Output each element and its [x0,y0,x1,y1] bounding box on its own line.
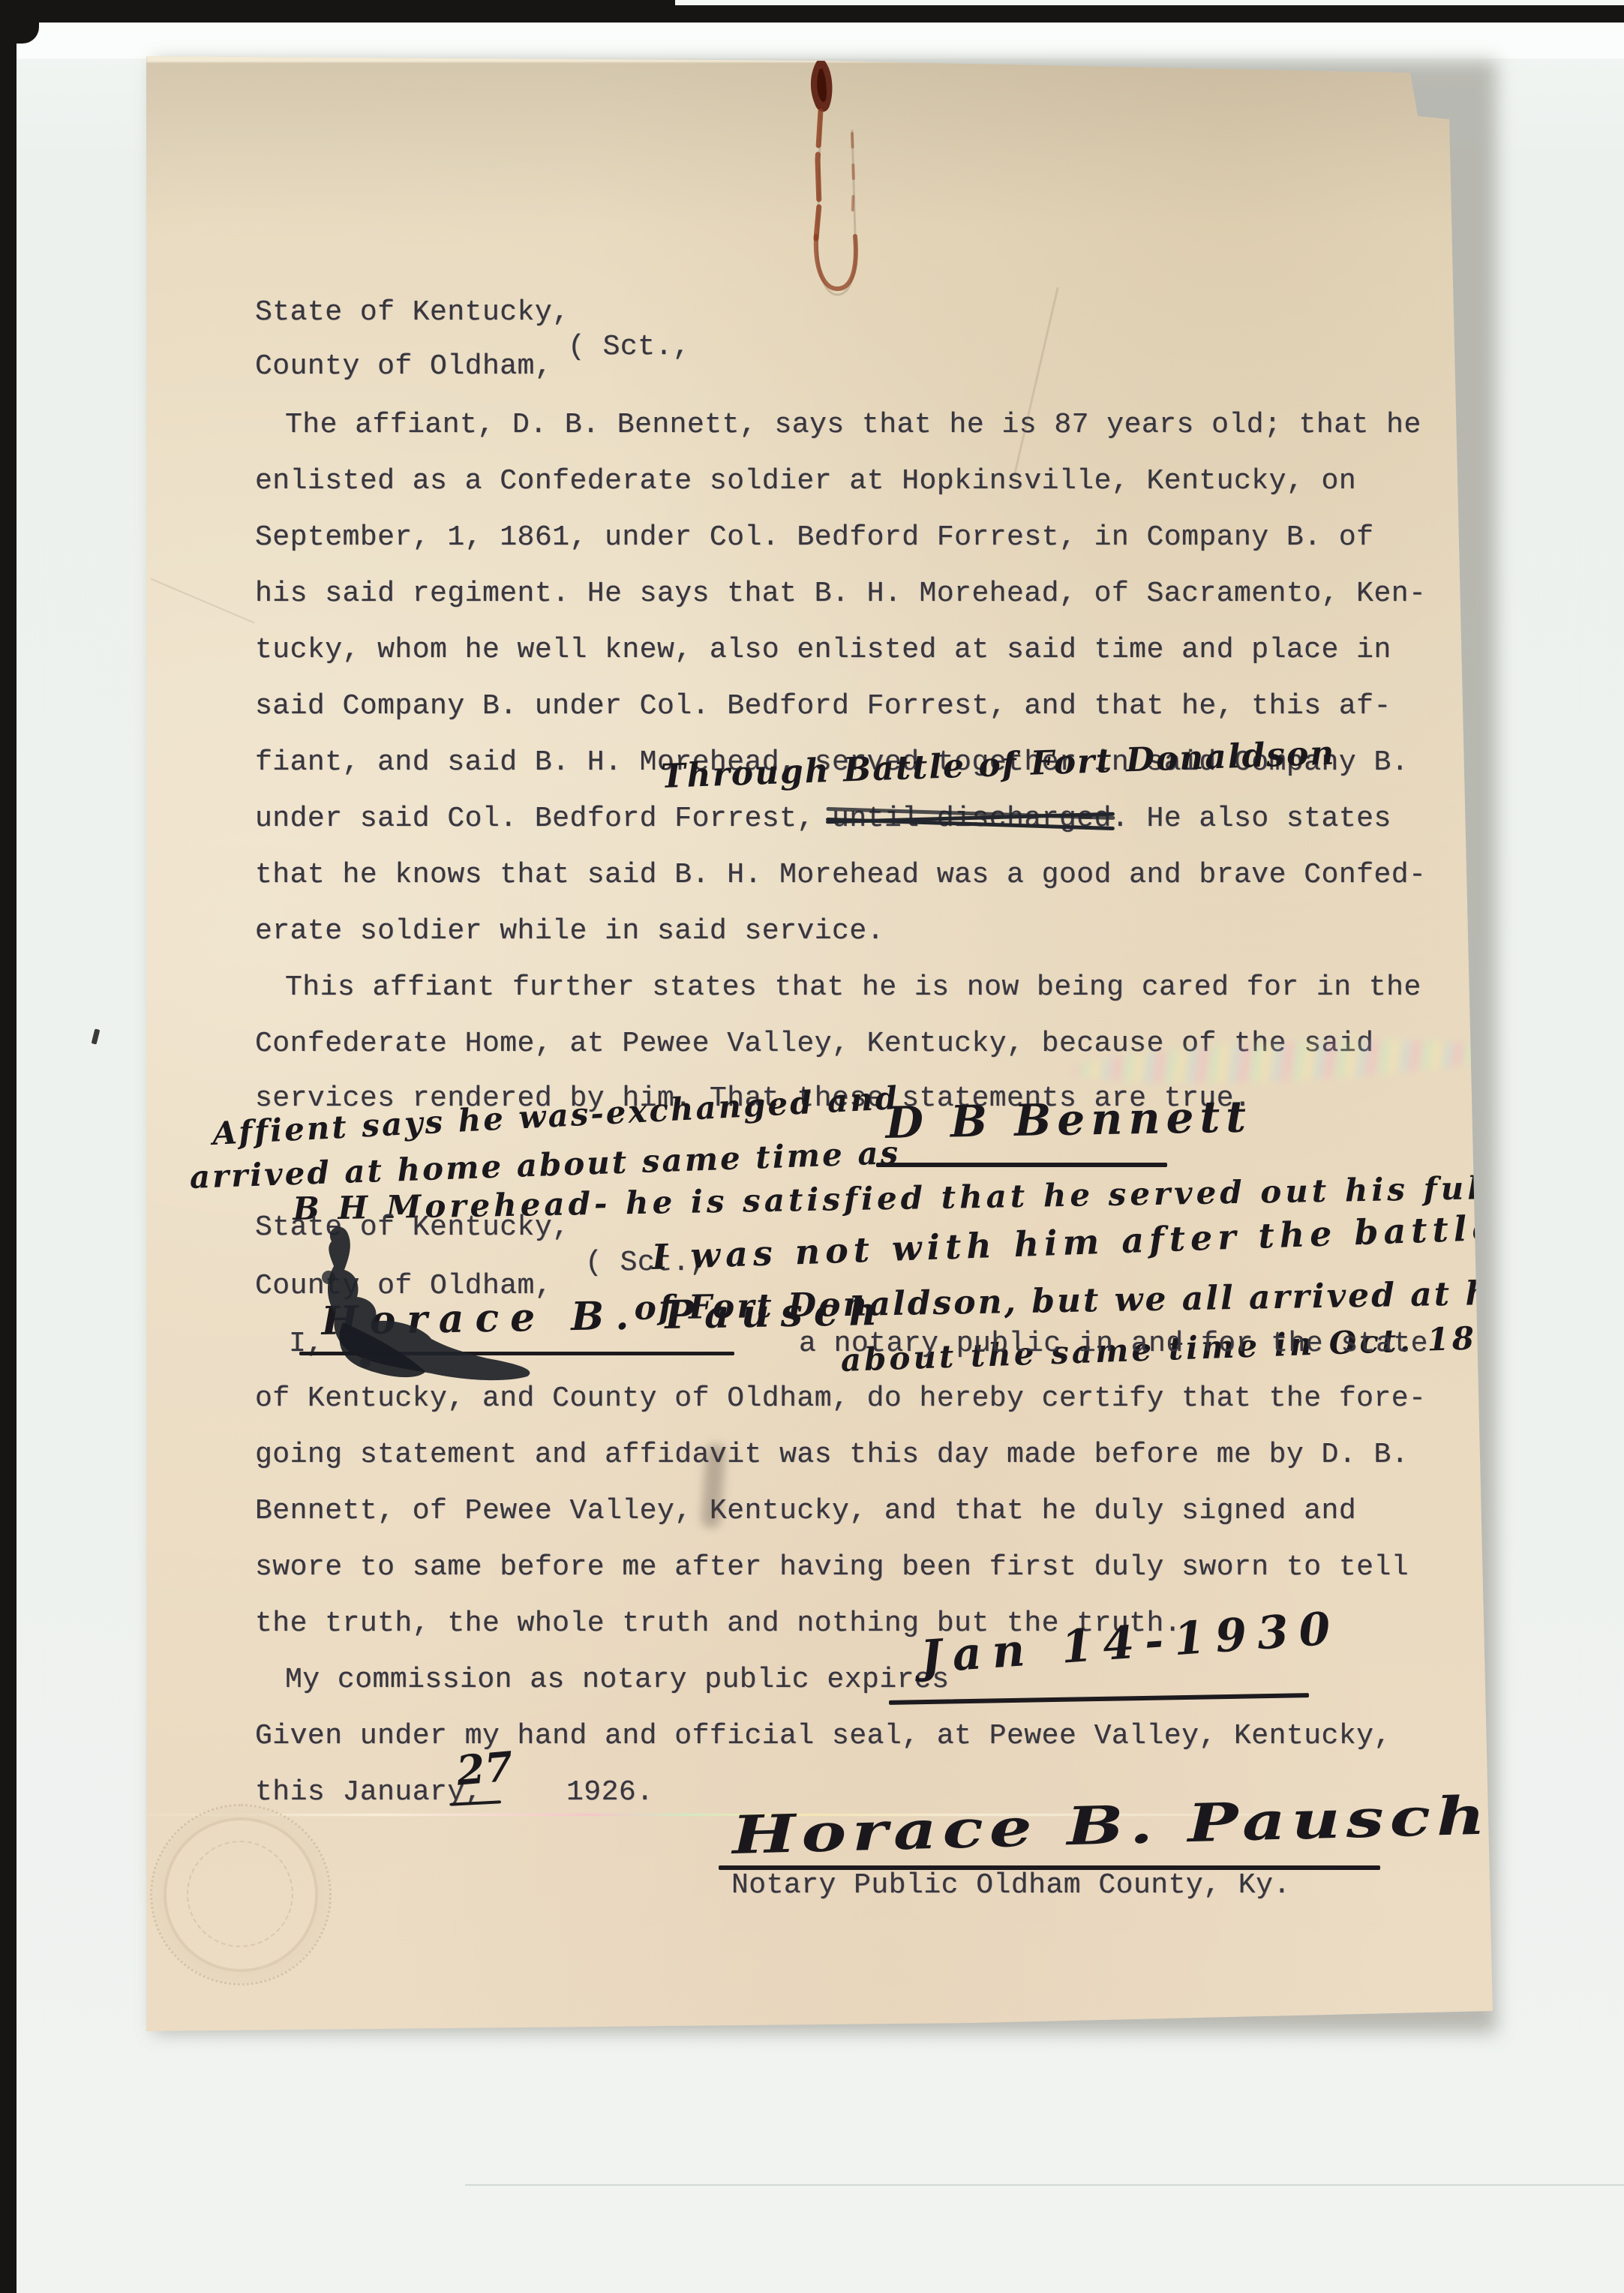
paperclip-rust-stain [788,47,885,310]
date-line-prefix: this January, [255,1776,482,1809]
scanner-frame-corner [0,0,39,44]
notary-title-line: Notary Public Oldham County, Ky. [731,1869,1291,1902]
affidavit-paper: State of Kentucky, ( Sct., County of Old… [146,47,1496,2035]
date-line-year: 1926. [566,1776,654,1809]
commission-line: My commission as notary public expires [285,1664,950,1697]
backing-highlight [17,23,1624,59]
given-line: Given under my hand and official seal, a… [255,1720,1391,1753]
handwritten-day: 27 [455,1742,515,1794]
scanner-frame-top-highlight [675,0,1624,5]
scanner-frame-left [0,0,17,2293]
embossed-notary-seal [150,1804,332,1985]
notary-line: of Kentucky, and County of Oldham, do he… [255,1382,1426,1415]
notary-line: going statement and affidavit was this d… [255,1439,1409,1472]
notary-line: Bennett, of Pewee Valley, Kentucky, and … [255,1495,1356,1528]
backing-seam-line [465,2184,1624,2186]
notary-line: swore to same before me after having bee… [255,1551,1409,1584]
